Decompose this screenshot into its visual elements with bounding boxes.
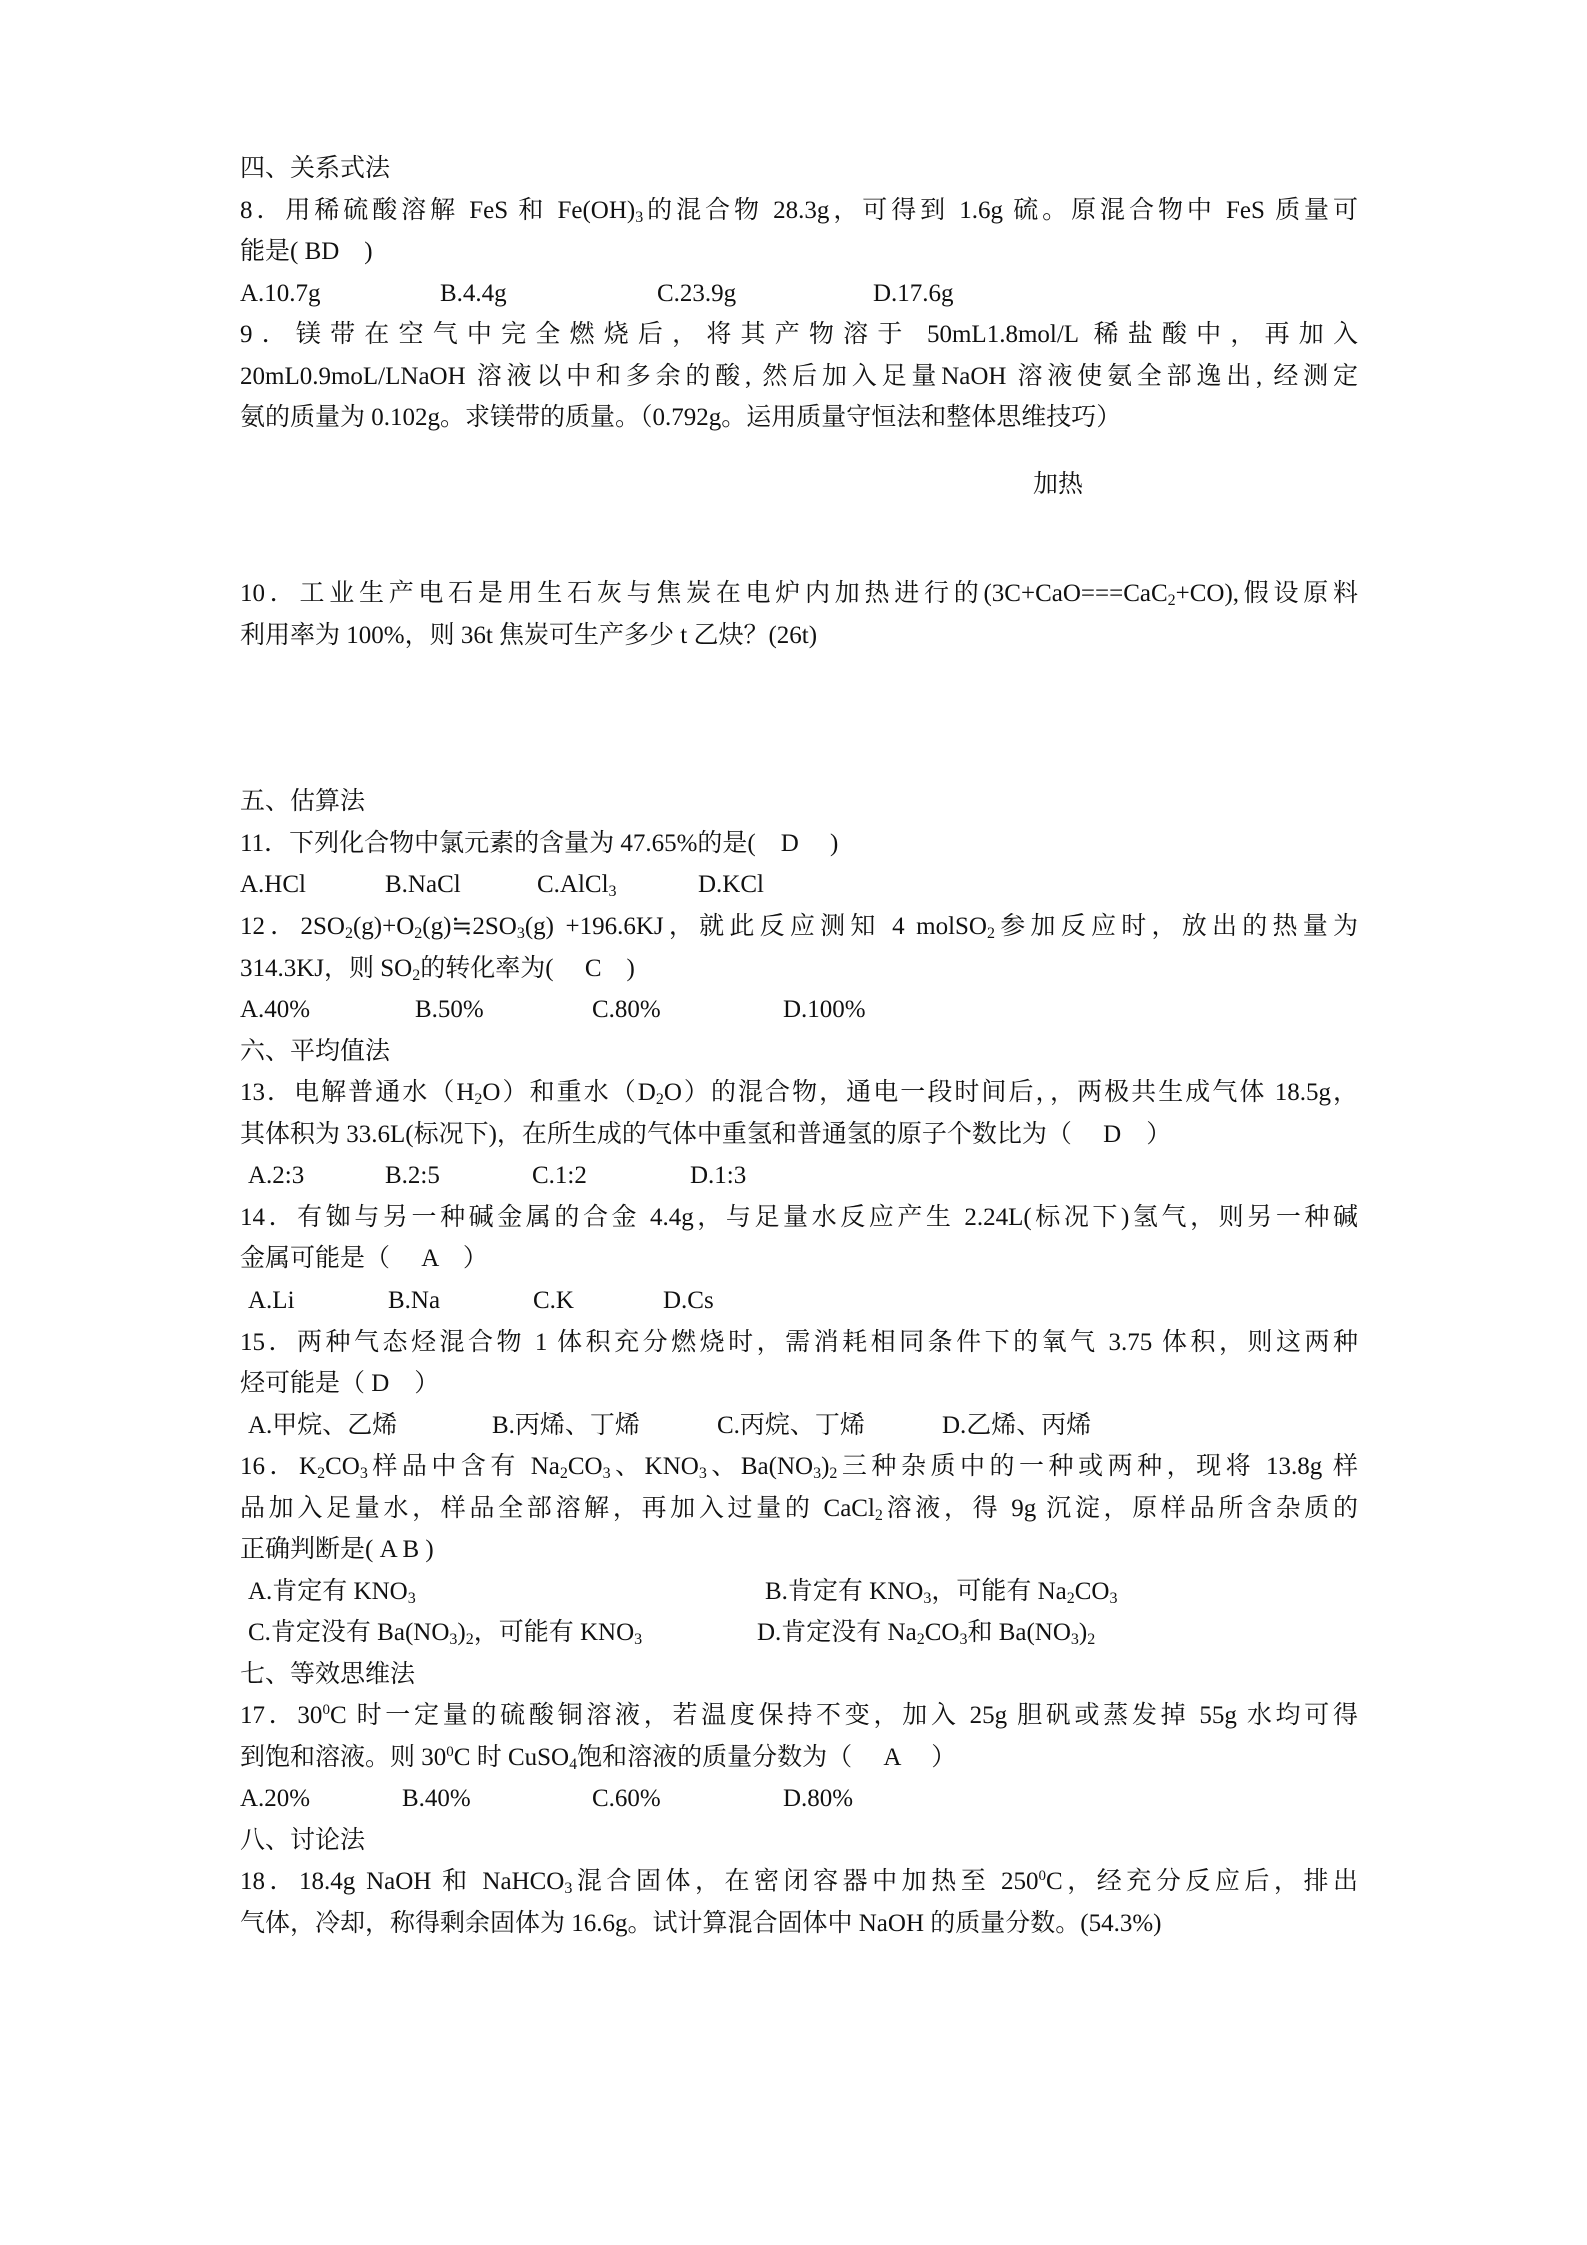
option-a: A.2:3 — [248, 1161, 304, 1191]
question-16-line-1: 16．K2CO3样品中含有 Na2CO3、KNO3、Ba(NO3)2三种杂质中的… — [240, 1452, 1358, 1482]
option-b: B.50% — [415, 995, 484, 1025]
section-heading-6: 六、平均值法 — [240, 1037, 390, 1067]
option-b: B.4.4g — [440, 279, 507, 309]
question-14-line-1: 14．有铷与另一种碱金属的合金 4.4g，与足量水反应产生 2.24L(标况下)… — [240, 1203, 1358, 1233]
heating-label: 加热 — [1033, 470, 1083, 500]
question-13-line-1: 13．电解普通水（H2O）和重水（D2O）的混合物，通电一段时间后，，两极共生成… — [240, 1078, 1358, 1108]
option-b: B.NaCl — [385, 870, 461, 900]
option-a: A.甲烷、乙烯 — [248, 1411, 397, 1441]
option-d: D.1:3 — [690, 1161, 746, 1191]
question-16-line-2: 品加入足量水，样品全部溶解，再加入过量的 CaCl2溶液，得 9g 沉淀，原样品… — [240, 1494, 1358, 1524]
question-17-line-2: 到饱和溶液。则 300C 时 CuSO4饱和溶液的质量分数为（ A ） — [240, 1743, 956, 1773]
question-15-options: A.甲烷、乙烯 B.丙烯、丁烯 C.丙烷、丁烯 D.乙烯、丙烯 — [240, 1411, 1358, 1441]
question-8-options: A.10.7g B.4.4g C.23.9g D.17.6g — [240, 279, 1358, 309]
option-d: D.肯定没有 Na2CO3和 Ba(NO3)2 — [757, 1618, 1095, 1648]
question-17-line-1: 17．300C 时一定量的硫酸铜溶液，若温度保持不变，加入 25g 胆矾或蒸发掉… — [240, 1701, 1358, 1731]
question-9-line-1: 9．镁带在空气中完全燃烧后，将其产物溶于 50mL1.8mol/L 稀盐酸中，再… — [240, 320, 1358, 350]
option-d: D.KCl — [698, 870, 764, 900]
option-b: B.2:5 — [385, 1161, 440, 1191]
option-c: C.K — [533, 1286, 574, 1316]
option-a: A.Li — [248, 1286, 295, 1316]
question-13-options: A.2:3 B.2:5 C.1:2 D.1:3 — [240, 1161, 1358, 1191]
question-14-line-2: 金属可能是（ A ） — [240, 1244, 488, 1274]
option-b: B.40% — [402, 1784, 471, 1814]
option-c: C.1:2 — [532, 1161, 587, 1191]
question-16-options-row-2: C.肯定没有 Ba(NO3)2，可能有 KNO3 D.肯定没有 Na2CO3和 … — [240, 1618, 1358, 1648]
option-c: C.肯定没有 Ba(NO3)2，可能有 KNO3 — [248, 1618, 642, 1648]
question-16-line-3: 正确判断是( A B ) — [240, 1535, 434, 1565]
question-9-line-3: 氨的质量为 0.102g。求镁带的质量。（0.792g。运用质量守恒法和整体思维… — [240, 403, 1121, 433]
option-b: B.丙烯、丁烯 — [492, 1411, 640, 1441]
option-c: C.丙烷、丁烯 — [717, 1411, 865, 1441]
option-a: A.40% — [240, 995, 310, 1025]
option-c: C.80% — [592, 995, 661, 1025]
option-a: A.10.7g — [240, 279, 321, 309]
question-10-line-2: 利用率为 100%，则 36t 焦炭可生产多少 t 乙炔？(26t) — [240, 621, 817, 651]
option-c: C.23.9g — [657, 279, 736, 309]
question-17-options: A.20% B.40% C.60% D.80% — [240, 1784, 1358, 1814]
question-15-line-2: 烃可能是（ D ） — [240, 1369, 439, 1399]
question-15-line-1: 15．两种气态烃混合物 1 体积充分燃烧时，需消耗相同条件下的氧气 3.75 体… — [240, 1328, 1358, 1358]
option-c: C.60% — [592, 1784, 661, 1814]
section-heading-7: 七、等效思维法 — [240, 1660, 415, 1690]
question-14-options: A.Li B.Na C.K D.Cs — [240, 1286, 1358, 1316]
question-18-line-1: 18．18.4g NaOH 和 NaHCO3混合固体，在密闭容器中加热至 250… — [240, 1867, 1358, 1897]
option-a: A.20% — [240, 1784, 310, 1814]
question-16-options-row-1: A.肯定有 KNO3 B.肯定有 KNO3，可能有 Na2CO3 — [240, 1577, 1358, 1607]
question-18-line-2: 气体，冷却，称得剩余固体为 16.6g。试计算混合固体中 NaOH 的质量分数。… — [240, 1909, 1162, 1939]
option-d: D.17.6g — [873, 279, 954, 309]
question-11-line-1: 11．下列化合物中氯元素的含量为 47.65%的是( D ) — [240, 829, 838, 859]
option-b: B.肯定有 KNO3，可能有 Na2CO3 — [765, 1577, 1117, 1607]
question-12-line-1: 12．2SO2(g)+O2(g)≒2SO3(g) +196.6KJ，就此反应测知… — [240, 912, 1358, 942]
section-heading-4: 四、关系式法 — [240, 154, 390, 184]
option-d: D.100% — [783, 995, 866, 1025]
option-d: D.乙烯、丙烯 — [942, 1411, 1091, 1441]
question-11-options: A.HCl B.NaCl C.AlCl3 D.KCl — [240, 870, 1358, 900]
option-a: A.肯定有 KNO3 — [248, 1577, 416, 1607]
section-heading-8: 八、讨论法 — [240, 1826, 365, 1856]
option-b: B.Na — [388, 1286, 440, 1316]
option-d: D.Cs — [663, 1286, 714, 1316]
section-heading-5: 五、估算法 — [240, 787, 365, 817]
question-10-line-1: 10．工业生产电石是用生石灰与焦炭在电炉内加热进行的(3C+CaO===CaC2… — [240, 579, 1358, 609]
question-8-line-1: 8．用稀硫酸溶解 FeS 和 Fe(OH)3的混合物 28.3g，可得到 1.6… — [240, 196, 1358, 226]
question-8-line-2: 能是( BD ) — [240, 237, 373, 267]
question-13-line-2: 其体积为 33.6L(标况下)，在所生成的气体中重氢和普通氢的原子个数比为（ D… — [240, 1120, 1171, 1150]
option-a: A.HCl — [240, 870, 306, 900]
option-c: C.AlCl3 — [537, 870, 617, 900]
option-d: D.80% — [783, 1784, 853, 1814]
question-9-line-2: 20mL0.9moL/LNaOH 溶液以中和多余的酸, 然后加入足量NaOH 溶… — [240, 362, 1358, 392]
question-12-line-2: 314.3KJ，则 SO2的转化率为( C ) — [240, 954, 635, 984]
question-12-options: A.40% B.50% C.80% D.100% — [240, 995, 1358, 1025]
